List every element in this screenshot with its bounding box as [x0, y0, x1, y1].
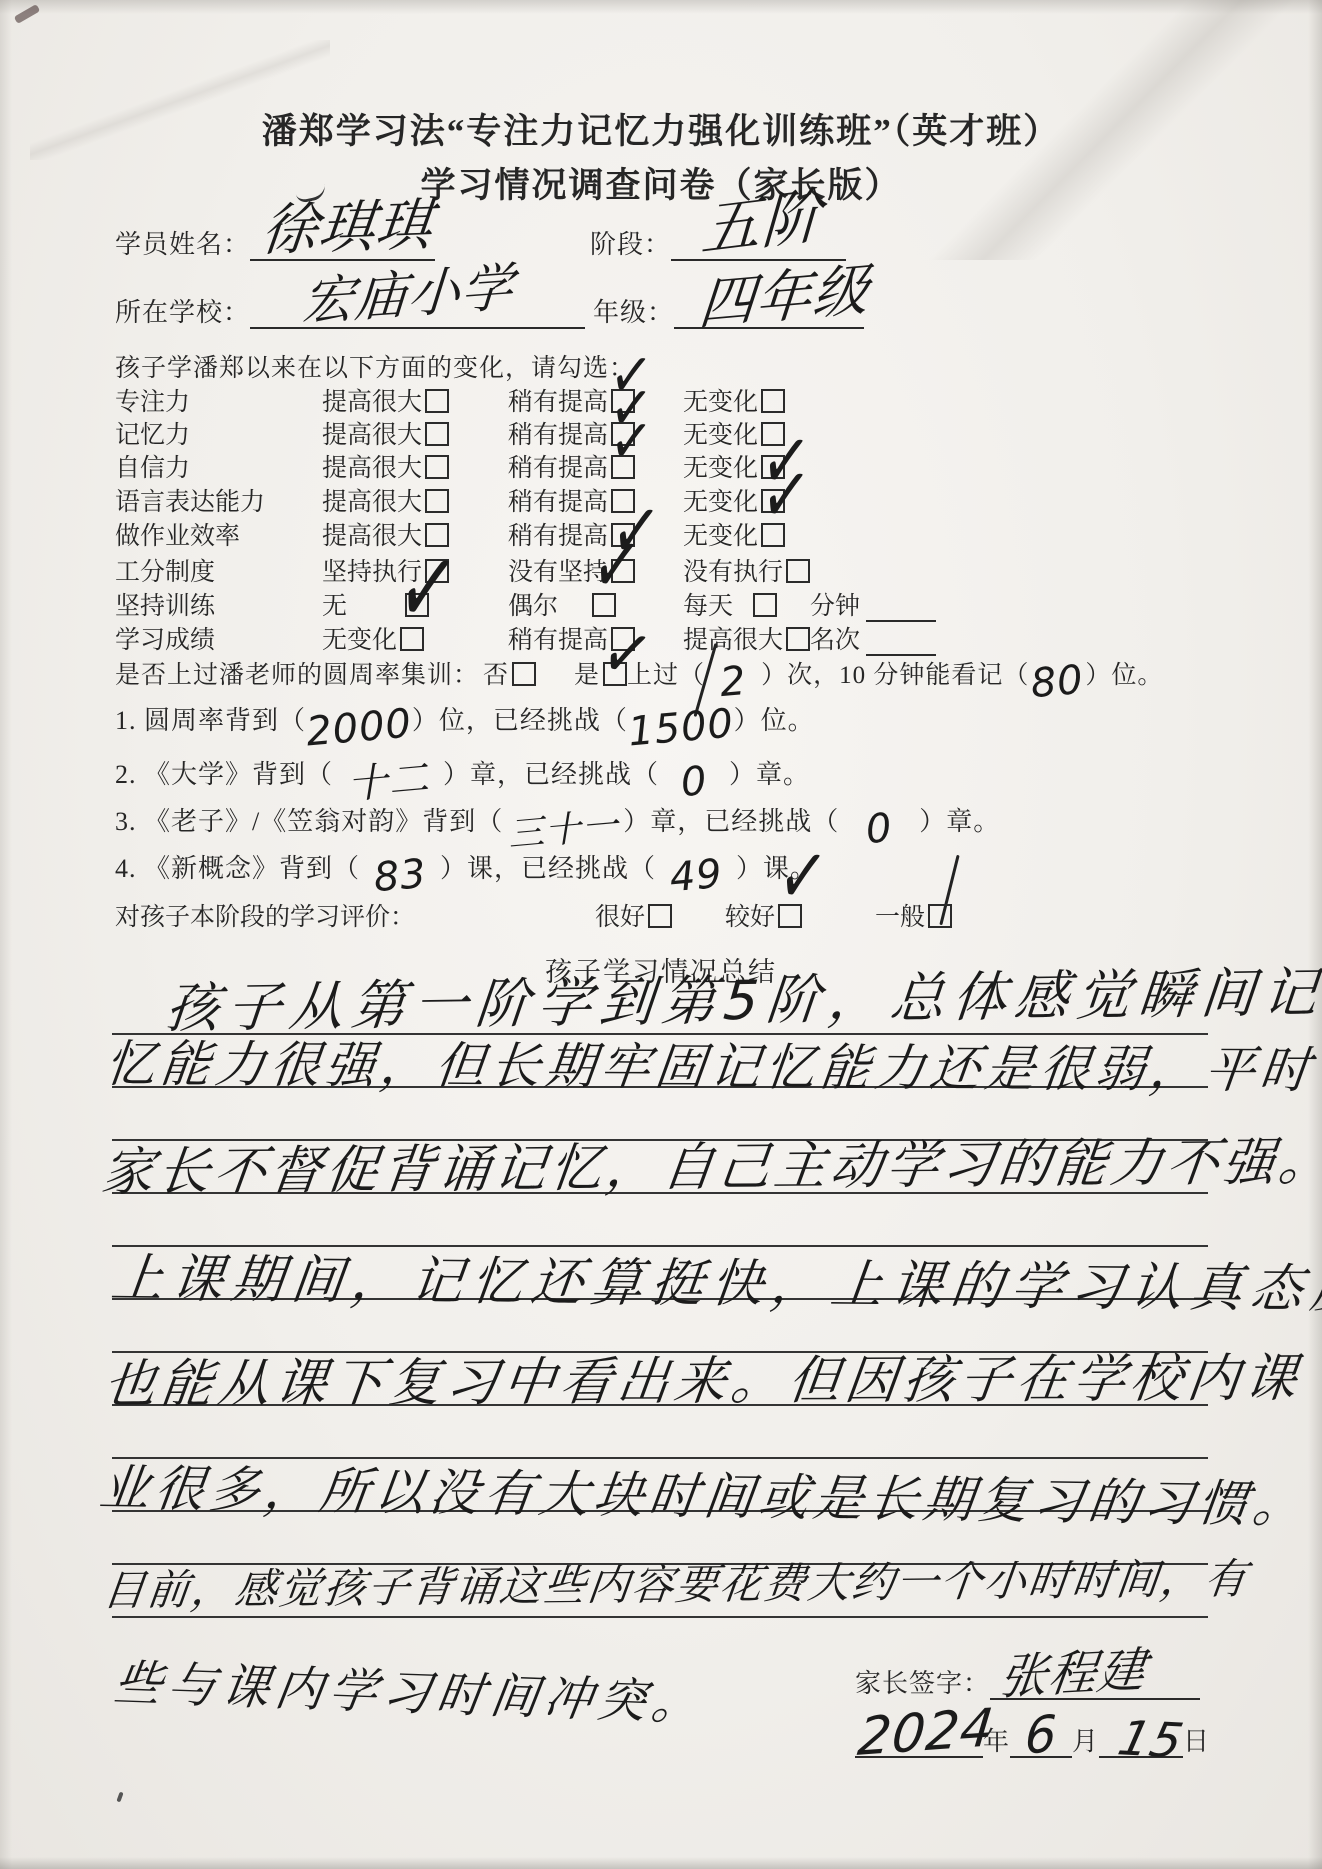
checkbox[interactable]: [425, 559, 449, 583]
option-label: 无变化: [683, 523, 758, 550]
question-text: ）章，已经挑战（: [443, 760, 659, 789]
option-label: 偶尔: [508, 593, 558, 620]
row-label: 语言表达能力: [115, 482, 265, 518]
question-text: ）位。: [734, 706, 815, 735]
option-label: 否: [483, 662, 509, 689]
checkbox[interactable]: [611, 627, 635, 651]
scanned-form: 潘郑学习法“专注力记忆力强化训练班”（英才班） 学习情况调查问卷（家长版） 学员…: [0, 0, 1322, 1869]
option-label: 很好: [595, 904, 645, 931]
option-label: 较好: [725, 904, 775, 931]
rank-blank[interactable]: [866, 632, 936, 656]
day-field[interactable]: 15: [1099, 1716, 1183, 1758]
checkbox[interactable]: [753, 593, 777, 617]
checkbox[interactable]: [786, 627, 810, 651]
minutes-label: 分钟: [810, 593, 860, 620]
option-label: 提高很大: [322, 523, 422, 550]
checkbox[interactable]: [786, 559, 810, 583]
summary-handwriting-line: 上课期间，记忆还算挺快，上课的学习认真态度: [108, 1236, 1322, 1322]
scan-speck: [116, 1792, 123, 1803]
minutes-blank[interactable]: [866, 598, 936, 622]
checkbox[interactable]: [611, 455, 635, 479]
checkbox[interactable]: [425, 455, 449, 479]
date-row: 2024年6月15日: [855, 1716, 1210, 1758]
signature-field[interactable]: 张程建: [990, 1652, 1200, 1700]
answer-handwriting: 0: [838, 803, 922, 856]
option-label: 稍有提高: [508, 627, 608, 654]
question-3: 3. 《老子》/《笠翁对韵》背到（三十一）章，已经挑战（0）章。: [115, 800, 1000, 851]
grade-field[interactable]: 四年级: [674, 297, 864, 329]
row-label: 记忆力: [115, 415, 190, 451]
checkbox[interactable]: [928, 904, 952, 928]
question-text: ）课，已经挑战（: [440, 854, 656, 883]
pi-camp-text: 上过（: [627, 662, 705, 689]
grade-handwriting: 四年级: [696, 245, 873, 341]
checkbox-no[interactable]: [512, 662, 536, 686]
row-label: 工分制度: [115, 552, 215, 588]
answer-handwriting: 49: [654, 850, 738, 903]
checkbox[interactable]: [425, 489, 449, 513]
school-header-row: 所在学校：宏庙小学年级：四年级: [115, 292, 864, 329]
form-subtitle: 学习情况调查问卷（家长版）: [0, 158, 1322, 208]
pi-camp-text: ）位。: [1085, 662, 1163, 689]
summary-handwriting-line: 家长不督促背诵记忆，自己主动学习的能力不强。: [98, 1119, 1322, 1205]
summary-handwriting-line: 业很多，所以没有大块时间或是长期复习的习惯。: [96, 1448, 1313, 1537]
question-text: 2. 《大学》背到（: [115, 760, 333, 789]
row-label: 坚持训练: [115, 586, 215, 622]
checkbox[interactable]: [425, 389, 449, 413]
option-label: 无变化: [683, 489, 758, 516]
option-label: 无变化: [683, 389, 758, 416]
option-label: 提高很大: [322, 389, 422, 416]
option-label: 提高很大: [322, 422, 422, 449]
row-label: 学习成绩: [115, 620, 215, 656]
option-label: 坚持执行: [322, 559, 422, 586]
crease: [0, 0, 1322, 14]
question-text: ）章。: [919, 807, 1000, 836]
question-text: ）章。: [729, 760, 810, 789]
option-label: 每天: [683, 593, 733, 620]
summary-handwriting-line: 也能从课下复习中看出来。但因孩子在学校内课: [100, 1336, 1307, 1417]
scan-speck: [14, 4, 41, 24]
checkbox[interactable]: [761, 455, 785, 479]
year-handwriting: 2024: [855, 1698, 997, 1768]
option-label: 无变化: [322, 627, 397, 654]
evaluation-label: 对孩子本阶段的学习评价：: [115, 897, 415, 933]
answer-handwriting: 83: [358, 850, 442, 903]
checkbox[interactable]: [425, 523, 449, 547]
school-label: 所在学校：: [115, 298, 250, 327]
checkbox[interactable]: [425, 422, 449, 446]
grade-label: 年级：: [593, 298, 674, 327]
question-1: 1. 圆周率背到（2000）位，已经挑战（1500）位。: [115, 700, 815, 749]
option-label: 稍有提高: [508, 389, 608, 416]
option-label: 稍有提高: [508, 422, 608, 449]
option-label: 没有执行: [683, 559, 783, 586]
school-handwriting: 宏庙小学: [300, 245, 517, 335]
option-label: 提高很大: [683, 627, 783, 654]
ruled-line: [112, 1616, 1208, 1618]
checkbox[interactable]: [611, 389, 635, 413]
stage-label: 阶段：: [590, 230, 671, 259]
year-field[interactable]: 2024: [855, 1716, 983, 1758]
checkbox[interactable]: [611, 489, 635, 513]
summary-handwriting-line: 些与课内学习时间冲突。: [110, 1644, 711, 1734]
checkbox-yes[interactable]: [603, 662, 627, 686]
option-label: 提高很大: [322, 455, 422, 482]
question-text: 3. 《老子》/《笠翁对韵》背到（: [115, 807, 503, 836]
crease: [0, 0, 12, 1869]
option-label: 无: [322, 593, 347, 620]
signature-label: 家长签字：: [855, 1669, 990, 1698]
question-text: ）位，已经挑战（: [412, 706, 628, 735]
question-text: ）课。: [736, 854, 817, 883]
checkbox[interactable]: [761, 489, 785, 513]
question-2: 2. 《大学》背到（十二）章，已经挑战（0）章。: [115, 748, 810, 805]
option-label: 提高很大: [322, 489, 422, 516]
question-text: 1. 圆周率背到（: [115, 706, 306, 735]
checkbox[interactable]: [761, 389, 785, 413]
signature-handwriting: 张程建: [996, 1631, 1151, 1708]
row-label: 做作业效率: [115, 516, 240, 552]
crease: [1308, 0, 1322, 1869]
checkbox[interactable]: [611, 559, 635, 583]
question-text: ）章，已经挑战（: [623, 807, 839, 836]
option-label: 无变化: [683, 455, 758, 482]
checkbox[interactable]: [405, 593, 429, 617]
digits-handwriting: 80: [1028, 657, 1088, 708]
question-4: 4. 《新概念》背到（83）课，已经挑战（49）课。: [115, 848, 817, 897]
month-label: 月: [1072, 1727, 1099, 1756]
option-label: 稍有提高: [508, 523, 608, 550]
day-label: 日: [1183, 1727, 1210, 1756]
option-label: 一般: [875, 904, 925, 931]
question-text: 4. 《新概念》背到（: [115, 854, 360, 883]
rank-label: 名次: [810, 627, 860, 654]
checkbox[interactable]: [611, 422, 635, 446]
checkbox[interactable]: [761, 523, 785, 547]
month-handwriting: 6: [1024, 1704, 1059, 1766]
crease: [0, 1857, 1322, 1869]
checkbox[interactable]: [592, 593, 616, 617]
option-label: 稍有提高: [508, 455, 608, 482]
option-label: 是: [574, 662, 600, 689]
checkbox[interactable]: [611, 523, 635, 547]
checkbox[interactable]: [400, 627, 424, 651]
form-title: 潘郑学习法“专注力记忆力强化训练班”（英才班）: [0, 104, 1322, 154]
school-field[interactable]: 宏庙小学: [250, 297, 585, 329]
option-label: 无变化: [683, 422, 758, 449]
summary-handwriting-line: 忆能力很强，但长期牢固记忆能力还是很弱，平时: [102, 1024, 1319, 1102]
row-label: 专注力: [115, 382, 190, 418]
summary-handwriting-line: 目前，感觉孩子背诵这些内容要花费大约一个小时时间，有: [100, 1546, 1252, 1618]
pi-camp-text: ）次，10 分钟能看记（: [761, 662, 1029, 689]
option-label: 稍有提高: [508, 489, 608, 516]
pi-camp-row: 是否上过潘老师的圆周率集训：否✓是✓上过（2）次，10 分钟能看记（80）位。: [115, 655, 1163, 703]
changes-prompt: 孩子学潘郑以来在以下方面的变化，请勾选：: [115, 348, 635, 384]
checkbox[interactable]: [648, 904, 672, 928]
signature-row: 家长签字：张程建: [855, 1652, 1200, 1700]
option-label: 没有坚持: [508, 559, 608, 586]
pi-camp-question: 是否上过潘老师的圆周率集训：: [115, 662, 479, 689]
student-name-label: 学员姓名：: [115, 230, 250, 259]
checkbox[interactable]: [778, 904, 802, 928]
month-field[interactable]: 6: [1010, 1716, 1072, 1758]
day-handwriting: 15: [1113, 1711, 1189, 1770]
checkbox[interactable]: [761, 422, 785, 446]
row-label: 自信力: [115, 448, 190, 484]
